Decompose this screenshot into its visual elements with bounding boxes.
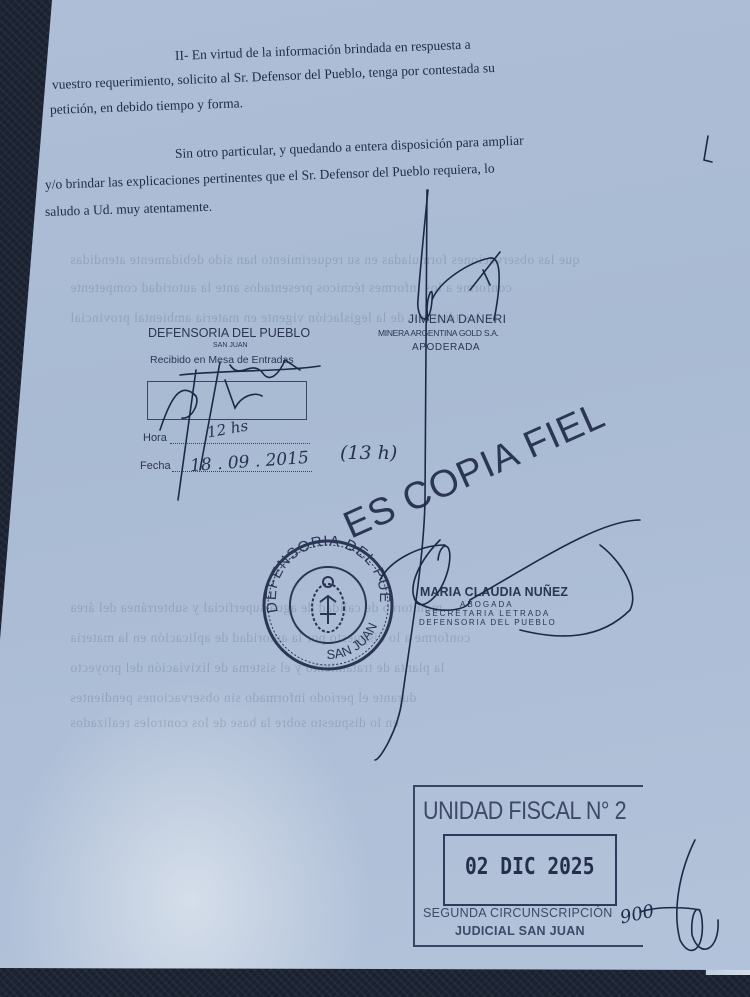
official-seal: DEFENSORIA DEL PUEBLO SAN JUAN <box>258 530 398 675</box>
bleed-through-text: durante el período informado sin observa… <box>70 690 416 706</box>
certifier-title: ABOGADA <box>460 600 514 609</box>
certifier-position: SECRETARIA LETRADA <box>425 609 550 618</box>
bleed-through-text: que las observaciones formuladas en su r… <box>70 252 579 268</box>
hora-label: Hora <box>143 432 167 444</box>
bleed-through-text: conforme a los informes técnicos present… <box>70 280 512 296</box>
folio-note: (13 h) <box>340 442 397 464</box>
coat-of-arms-icon <box>312 577 344 632</box>
fiscal-stamp-circumscription: SEGUNDA CIRCUNSCRIPCIÓN <box>423 906 613 920</box>
bleed-through-text: en lo dispuesto sobre la base de los con… <box>70 715 399 731</box>
reception-city: SAN JUAN <box>213 342 248 349</box>
reception-signature-box <box>147 381 307 420</box>
fiscal-stamp-title: UNIDAD FISCAL N° 2 <box>423 797 626 826</box>
reception-org: DEFENSORIA DEL PUEBLO <box>148 326 310 340</box>
svg-text:DEFENSORIA DEL PUEBLO: DEFENSORIA DEL PUEBLO <box>258 530 393 614</box>
fiscal-stamp-date-box: 02 DIC 2025 <box>443 834 617 906</box>
signatory-name: JIMENA DANERI <box>408 312 507 326</box>
fiscal-stamp-jurisdiction: JUDICIAL SAN JUAN <box>455 924 585 938</box>
fecha-label: Fecha <box>140 460 171 472</box>
signatory-company: MINERA ARGENTINA GOLD S.A. <box>378 328 499 338</box>
fiscal-unit-stamp: UNIDAD FISCAL N° 2 02 DIC 2025 SEGUNDA C… <box>413 785 643 947</box>
signatory-role: APODERADA <box>412 342 480 353</box>
hora-line <box>170 443 310 444</box>
fiscal-stamp-date: 02 DIC 2025 <box>465 854 594 880</box>
certifier-name: MARIA CLAUDIA NUÑEZ <box>420 584 568 599</box>
seal-ring-text: DEFENSORIA DEL PUEBLO <box>258 530 393 614</box>
certifier-office: DEFENSORIA DEL PUEBLO <box>419 618 556 627</box>
reception-label: Recibido en Mesa de Entradas <box>150 354 294 366</box>
